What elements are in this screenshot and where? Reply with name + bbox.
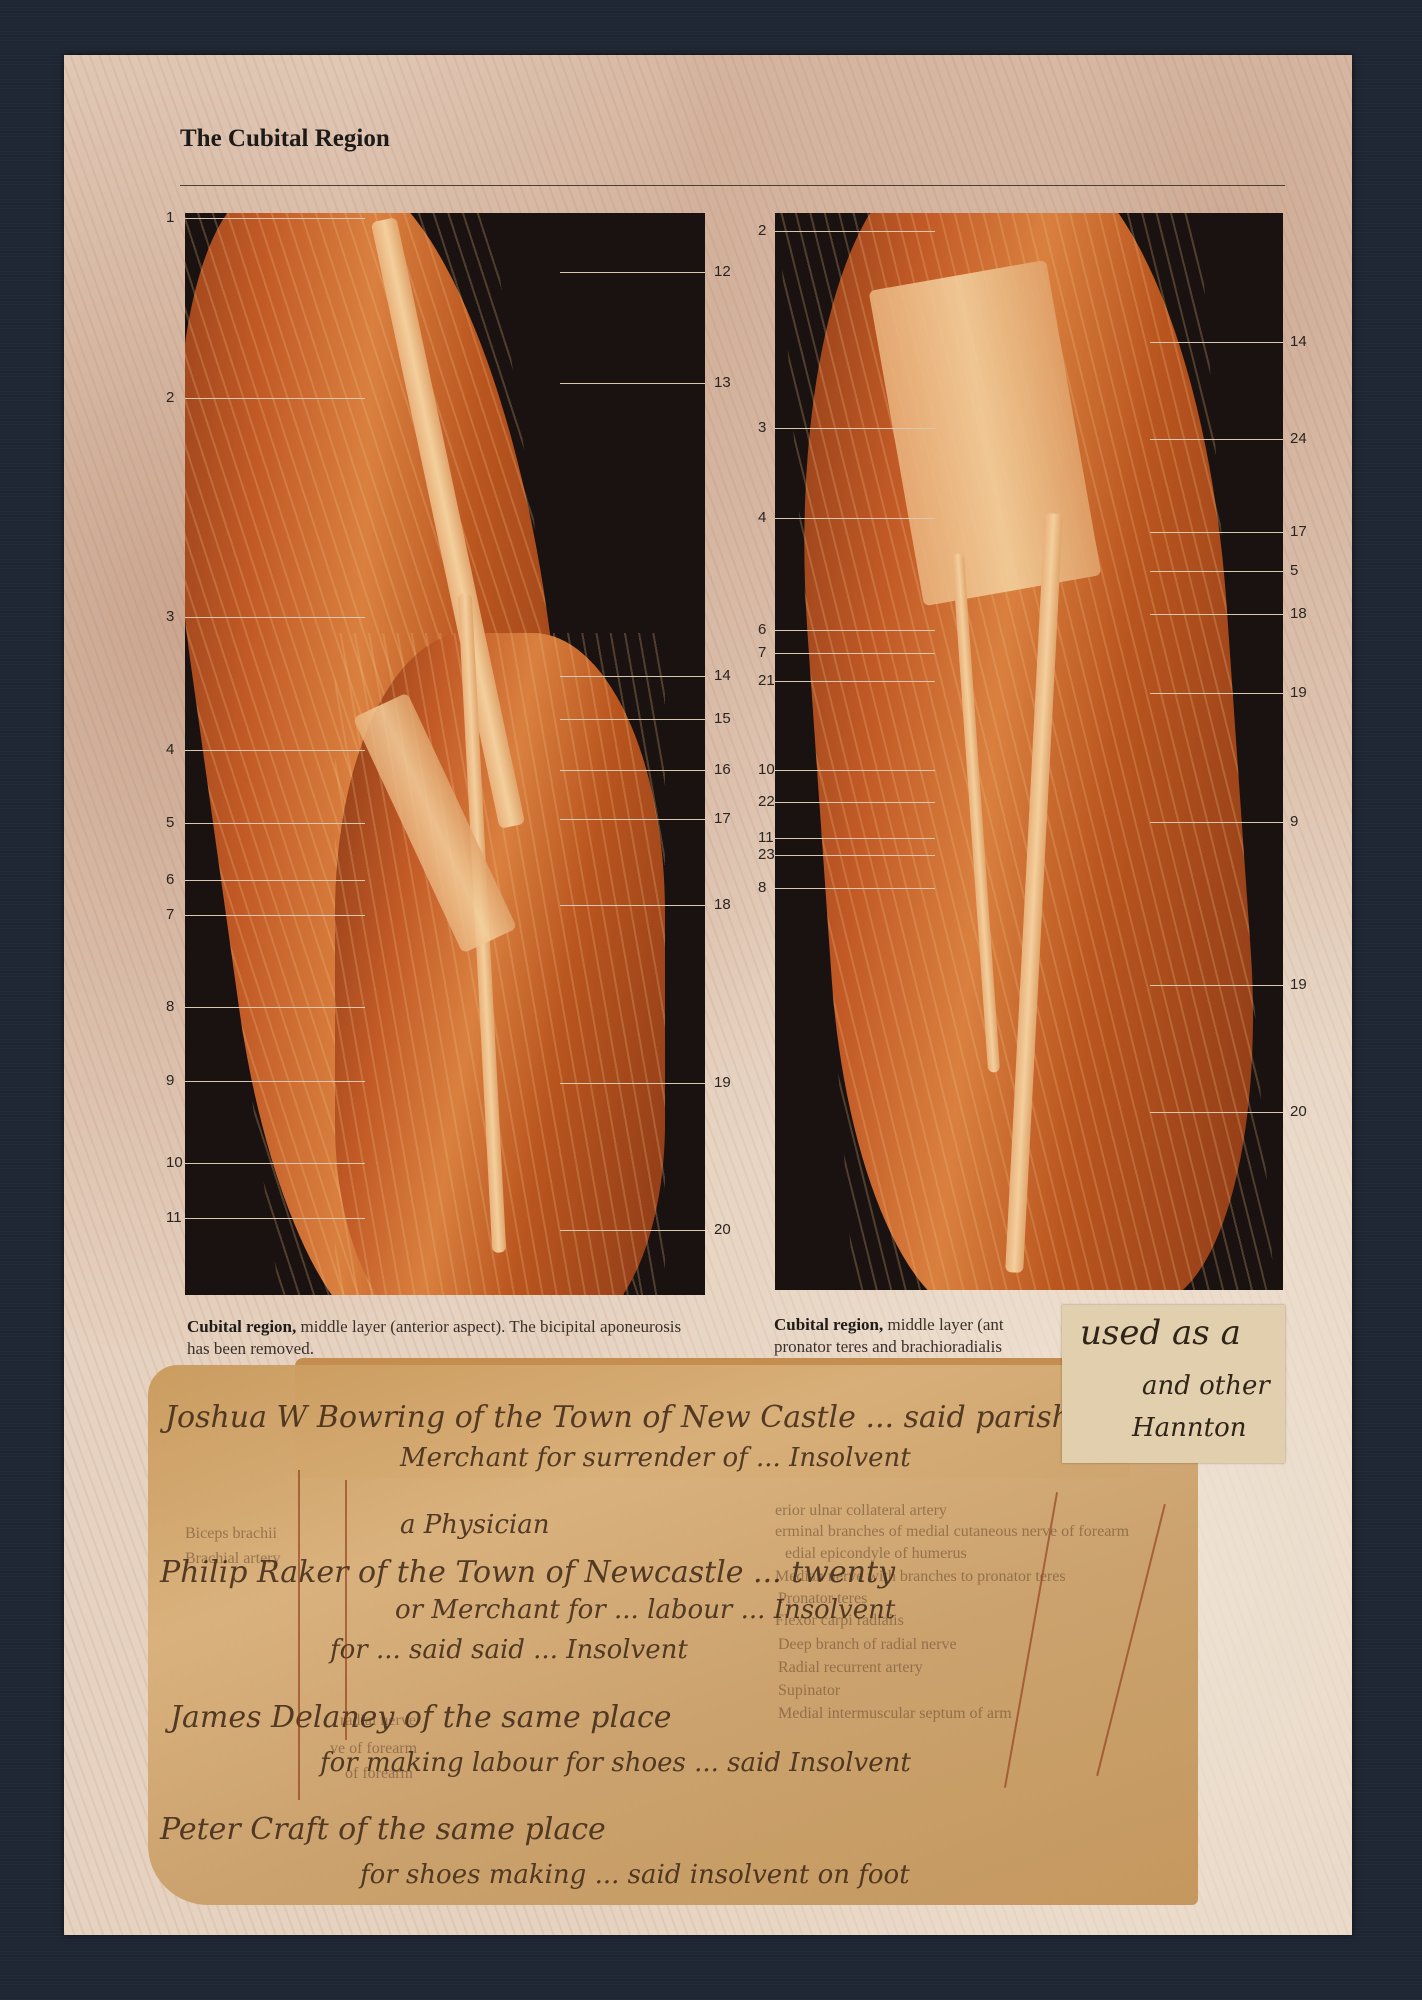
label-number: 1 [166,209,174,226]
label-number: 10 [758,761,775,778]
leader-line [560,676,705,677]
leader-line [560,1083,705,1084]
leader-line [1150,1112,1283,1113]
label-number: 19 [714,1074,731,1091]
label-number: 15 [714,710,731,727]
caption-bold: Cubital region, [774,1315,883,1334]
leader-line [775,518,935,519]
leader-line [775,428,935,429]
label-number: 18 [714,896,731,913]
leader-line [185,398,365,399]
handwriting-line: Peter Craft of the same place [160,1812,606,1847]
left-dissection-photo [185,213,705,1295]
caption-text: middle layer (ant [883,1315,1003,1334]
label-number: 17 [1290,523,1307,540]
leader-line [1150,439,1283,440]
label-number: 8 [758,879,766,896]
label-number: 7 [758,644,766,661]
leader-line [775,838,935,839]
leader-line [185,915,365,916]
caption-line2: pronator teres and brachioradialis [774,1337,1002,1356]
label-number: 23 [758,846,775,863]
label-number: 21 [758,672,775,689]
leader-line [560,819,705,820]
leader-line [1150,342,1283,343]
printed-legend-line: Radial recurrent artery [778,1659,923,1677]
label-number: 10 [166,1154,183,1171]
handwriting-line: Merchant for surrender of ... Insolvent [400,1443,911,1473]
leader-line [560,719,705,720]
label-number: 8 [166,998,174,1015]
label-number: 5 [166,814,174,831]
printed-legend-line: erior ulnar collateral artery [775,1502,947,1520]
label-number: 14 [714,667,731,684]
leader-line [1150,822,1283,823]
printed-legend-line: Deep branch of radial nerve [778,1636,957,1654]
label-number: 22 [758,793,775,810]
leader-line [775,653,935,654]
label-number: 20 [714,1221,731,1238]
label-number: 9 [1290,813,1298,830]
page-title: The Cubital Region [180,125,390,153]
handwriting-line: for shoes making ... said insolvent on f… [360,1860,910,1890]
label-number: 4 [166,741,174,758]
leader-line [560,383,705,384]
label-number: 5 [1290,562,1298,579]
leader-line [185,617,365,618]
leader-line [560,1230,705,1231]
leader-line [775,630,935,631]
ink-stroke [298,1470,300,1800]
leader-line [185,880,365,881]
label-number: 16 [714,761,731,778]
leader-line [185,1218,365,1219]
label-number: 2 [758,222,766,239]
leader-line [775,231,935,232]
leader-line [1150,614,1283,615]
label-number: 13 [714,374,731,391]
handwriting-line: James Delaney of the same place [170,1700,672,1735]
leader-line [775,681,935,682]
printed-legend-line: Biceps brachii [185,1525,277,1543]
label-number: 2 [166,389,174,406]
handwriting-line: for ... said said ... Insolvent [330,1635,688,1665]
leader-line [560,905,705,906]
handwriting-line: or Merchant for ... labour ... Insolvent [395,1595,895,1625]
label-number: 24 [1290,430,1307,447]
label-number: 12 [714,263,731,280]
leader-line [185,1163,365,1164]
leader-line [775,888,935,889]
label-number: 20 [1290,1103,1307,1120]
label-number: 3 [166,608,174,625]
leader-line [775,770,935,771]
label-number: 18 [1290,605,1307,622]
slip-line: Hannton [1132,1413,1247,1443]
handwriting-line: a Physician [400,1510,549,1540]
leader-line [185,1007,365,1008]
leader-line [560,770,705,771]
label-number: 19 [1290,976,1307,993]
slip-line: and other [1142,1371,1270,1401]
leader-line [1150,571,1283,572]
leader-line [1150,985,1283,986]
label-number: 14 [1290,333,1307,350]
caption-bold: Cubital region, [187,1317,296,1336]
right-caption: Cubital region, middle layer (ant pronat… [774,1314,1074,1358]
title-rule [180,185,1285,186]
label-number: 4 [758,509,766,526]
slip-line: used as a [1080,1313,1241,1353]
leader-line [775,855,935,856]
leader-line [185,750,365,751]
leader-line [185,1081,365,1082]
leader-line [185,823,365,824]
handwriting-line: for making labour for shoes ... said Ins… [320,1748,911,1778]
notes-slip: used as a and other Hannton [1062,1305,1285,1463]
leader-line [1150,532,1283,533]
printed-legend-line: Medial intermuscular septum of arm [778,1705,1012,1723]
ink-stroke [345,1480,347,1740]
label-number: 19 [1290,684,1307,701]
handwriting-line: Philip Raker of the Town of Newcastle ..… [160,1555,895,1590]
label-number: 6 [166,871,174,888]
leader-line [185,218,365,219]
leader-line [560,272,705,273]
right-dissection-photo [775,213,1283,1290]
label-number: 11 [166,1209,182,1226]
handwriting-line: Joshua W Bowring of the Town of New Cast… [165,1400,1071,1435]
printed-legend-line: Supinator [778,1682,840,1700]
leader-line [1150,693,1283,694]
label-number: 3 [758,419,766,436]
label-number: 6 [758,621,766,638]
leader-line [775,802,935,803]
label-number: 7 [166,906,174,923]
label-number: 9 [166,1072,174,1089]
printed-legend-line: erminal branches of medial cutaneous ner… [775,1523,1129,1541]
label-number: 17 [714,810,731,827]
label-number: 11 [758,829,774,846]
left-caption: Cubital region, middle layer (anterior a… [187,1316,707,1360]
